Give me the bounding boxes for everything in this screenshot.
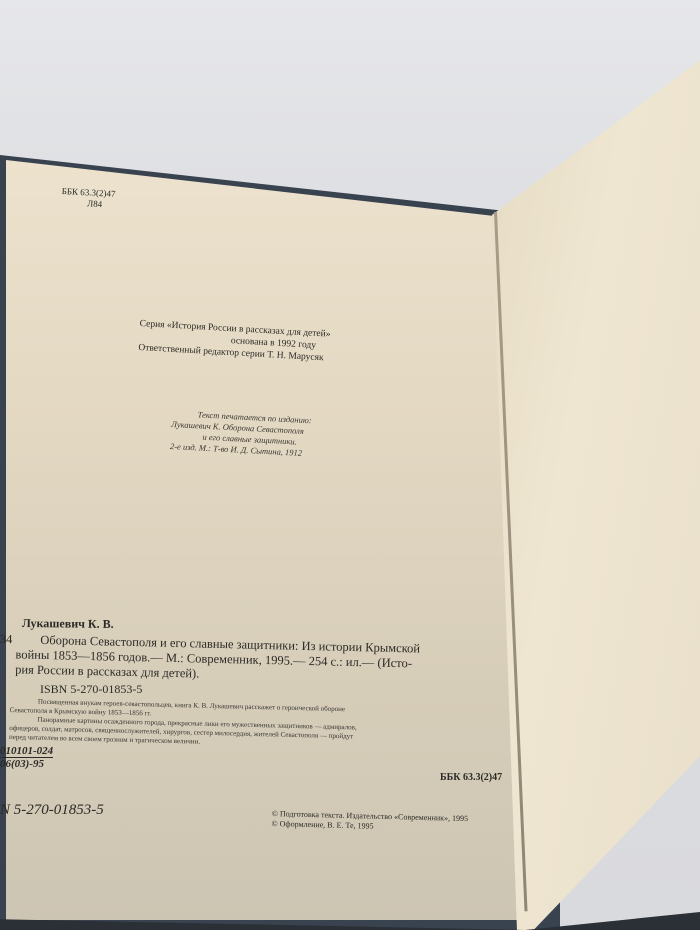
publisher-code-denominator: 06(03)-95 bbox=[0, 758, 44, 770]
catalog-bbk: ББК 63.3(2)47 bbox=[440, 772, 502, 783]
catalog-author: Лукашевич К. В. bbox=[22, 616, 114, 632]
reprint-block: Текст печатается по изданию: Лукашевич К… bbox=[170, 408, 312, 459]
catalog-annotation: Посвященная внукам героев-севастопольцев… bbox=[9, 697, 357, 750]
right-page bbox=[492, 60, 700, 930]
footer-isbn: N 5-270-01853-5 bbox=[0, 802, 104, 819]
publisher-code-numerator: 010101-024 bbox=[0, 745, 53, 758]
catalog-description: 34Оборона Севастополя и его славные защи… bbox=[0, 632, 420, 687]
catalog-index-fragment: 34 bbox=[0, 632, 12, 646]
bbk-top-block: ББК 63.3(2)47 Л84 bbox=[61, 186, 116, 211]
catalog-isbn: ISBN 5-270-01853-5 bbox=[40, 682, 142, 697]
